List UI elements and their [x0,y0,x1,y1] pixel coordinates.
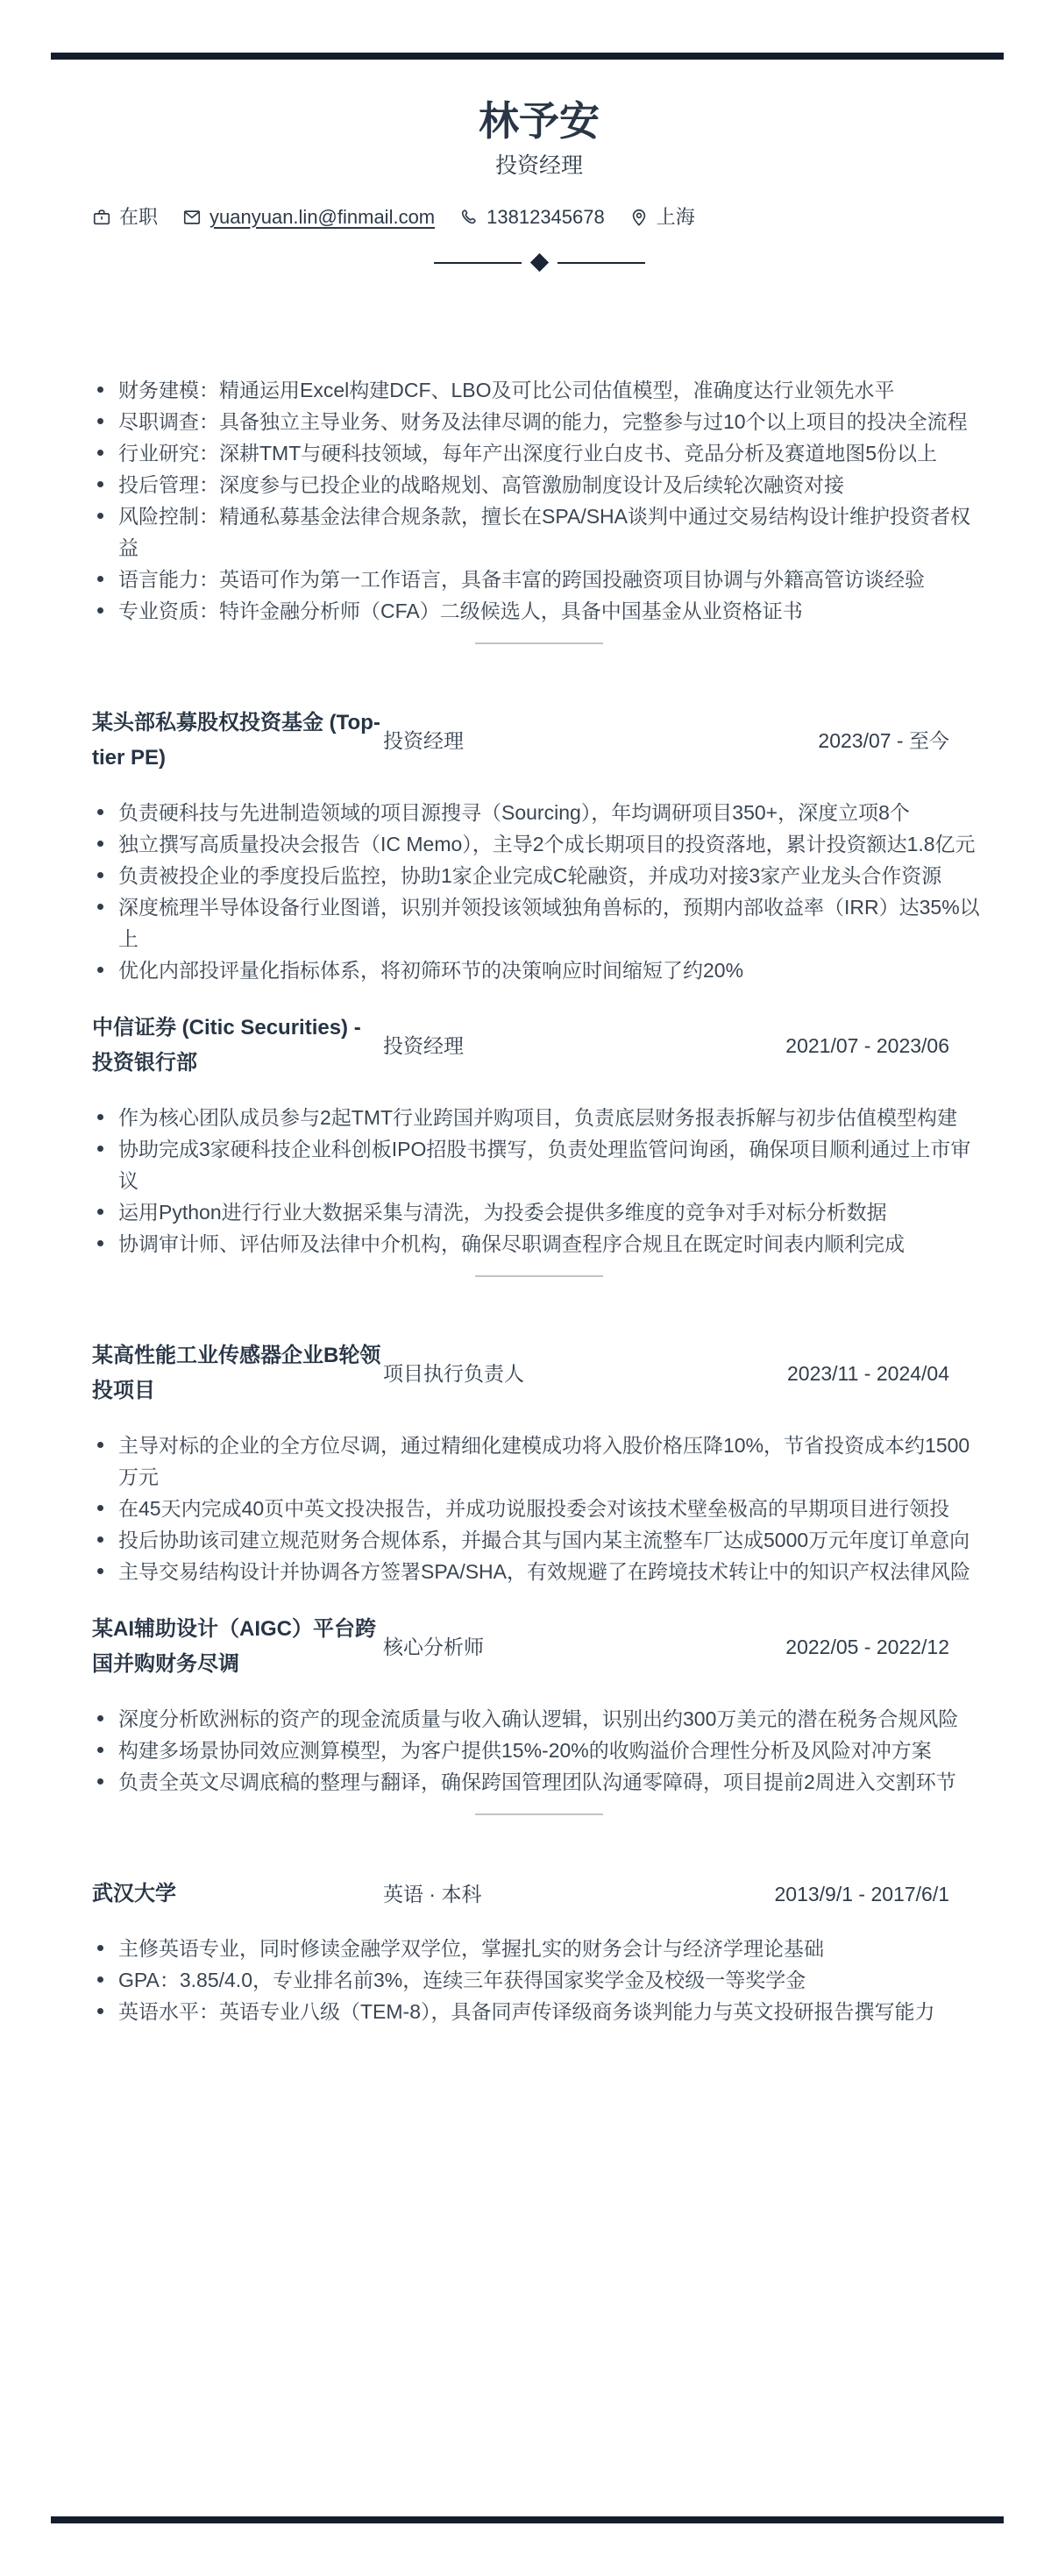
list-item: 协助完成3家硬科技企业科创板IPO招股书撰写，负责处理监管问询函，确保项目顺利通… [92,1133,986,1196]
employment-status: 在职 [92,205,158,230]
skills-summary-section: 财务建模：精通运用Excel构建DCF、LBO及可比公司估值模型，准确度达行业领… [92,374,986,627]
list-item: 负责全英文尽调底稿的整理与翻译，确保跨国管理团队沟通零障碍，项目提前2周进入交割… [92,1766,986,1798]
bullet-dot [97,1747,103,1753]
date-range: 2022/05 - 2022/12 [785,1634,986,1660]
school-name: 武汉大学 [92,1877,383,1912]
bullet-dot [97,576,103,582]
entry-header: 某AI辅助设计（AIGC）平台跨国并购财务尽调 核心分析师 2022/05 - … [92,1612,986,1682]
bullet-dot [97,1240,103,1246]
briefcase-icon [92,208,111,227]
bullet-dot [97,481,103,487]
date-range: 2021/07 - 2023/06 [785,1033,986,1059]
bullet-dot [97,450,103,456]
list-item: GPA：3.85/4.0，专业排名前3%，连续三年获得国家奖学金及校级一等奖学金 [92,1964,986,1996]
bullet-dot [97,1146,103,1152]
bullet-dot [97,387,103,393]
bullet-dot [97,1505,103,1511]
company-name: 某头部私募股权投资基金 (Top-tier PE) [92,706,383,776]
list-item: 主导交易结构设计并协调各方签署SPA/SHA，有效规避了在跨境技术转让中的知识产… [92,1556,986,1587]
phone-label: 13812345678 [486,205,605,230]
list-item: 主修英语专业，同时修读金融学双学位，掌握扎实的财务会计与经济学理论基础 [92,1933,986,1964]
bullet-text: 投后管理：深度参与已投企业的战略规划、高管激励制度设计及后续轮次融资对接 [118,473,844,496]
list-item: 尽职调查：具备独立主导业务、财务及法律尽调的能力，完整参与过10个以上项目的投决… [92,406,986,437]
envelope-icon [182,208,202,227]
bullet-text: 尽职调查：具备独立主导业务、财务及法律尽调的能力，完整参与过10个以上项目的投决… [118,410,968,433]
entry-bullets: 负责硬科技与先进制造领域的项目源搜寻（Sourcing），年均调研项目350+，… [92,797,986,986]
list-item: 运用Python进行行业大数据采集与清洗，为投委会提供多维度的竞争对手对标分析数… [92,1196,986,1228]
bullet-dot [97,1976,103,1983]
bullet-dot [97,967,103,973]
bullet-dot [97,904,103,910]
diamond-icon [529,253,548,272]
candidate-name: 林予安 [92,98,986,144]
bullet-text: 负责被投企业的季度投后监控，协助1家企业完成C轮融资，并成功对接3家产业龙头合作… [118,864,941,887]
location-item: 上海 [629,205,695,230]
list-item: 风险控制：精通私募基金法律合规条款，擅长在SPA/SHA谈判中通过交易结构设计维… [92,500,986,564]
bullet-dot [97,1945,103,1951]
section-divider [475,1813,603,1815]
bullet-dot [97,1778,103,1785]
date-range: 2023/11 - 2024/04 [787,1360,986,1387]
list-item: 投后协助该司建立规范财务合规体系，并撮合其与国内某主流整车厂达成5000万元年度… [92,1524,986,1556]
list-item: 协调审计师、评估师及法律中介机构，确保尽职调查程序合规且在既定时间表内顺利完成 [92,1228,986,1260]
bullet-text: 构建多场景协同效应测算模型，为客户提供15%-20%的收购溢价合理性分析及风险对… [118,1739,932,1762]
list-item: 财务建模：精通运用Excel构建DCF、LBO及可比公司估值模型，准确度达行业领… [92,374,986,406]
bullet-text: 主导交易结构设计并协调各方签署SPA/SHA，有效规避了在跨境技术转让中的知识产… [118,1560,970,1583]
bullet-text: 优化内部投评量化指标体系，将初筛环节的决策响应时间缩短了约20% [118,959,743,982]
header-ornament-divider [92,256,986,269]
list-item: 独立撰写高质量投决会报告（IC Memo），主导2个成长期项目的投资落地，累计投… [92,828,986,860]
bullet-text: 运用Python进行行业大数据采集与清洗，为投委会提供多维度的竞争对手对标分析数… [118,1201,887,1224]
job-title: 投资经理 [383,727,818,754]
location-pin-icon [629,208,649,227]
entry-bullets: 作为核心团队成员参与2起TMT行业跨国并购项目，负责底层财务报表拆解与初步估值模… [92,1102,986,1260]
bullet-text: 主修英语专业，同时修读金融学双学位，掌握扎实的财务会计与经济学理论基础 [118,1937,824,1960]
bullet-dot [97,1568,103,1574]
list-item: 行业研究：深耕TMT与硬科技领域，每年产出深度行业白皮书、竞品分析及赛道地图5份… [92,437,986,469]
list-item: 深度梳理半导体设备行业图谱，识别并领投该领域独角兽标的，预期内部收益率（IRR）… [92,891,986,954]
entry-header: 某高性能工业传感器企业B轮领投项目 项目执行负责人 2023/11 - 2024… [92,1338,986,1409]
bullet-dot [97,418,103,424]
entry-bullets: 主修英语专业，同时修读金融学双学位，掌握扎实的财务会计与经济学理论基础 GPA：… [92,1933,986,2027]
bullet-dot [97,513,103,519]
bullet-text: 风险控制：精通私募基金法律合规条款，擅长在SPA/SHA谈判中通过交易结构设计维… [118,505,970,559]
ornament-line-right [558,262,645,264]
bullet-dot [97,2008,103,2014]
list-item: 负责硬科技与先进制造领域的项目源搜寻（Sourcing），年均调研项目350+，… [92,797,986,828]
bullet-dot [97,841,103,847]
degree: 英语 · 本科 [383,1881,775,1907]
list-item: 作为核心团队成员参与2起TMT行业跨国并购项目，负责底层财务报表拆解与初步估值模… [92,1102,986,1133]
list-item: 构建多场景协同效应测算模型，为客户提供15%-20%的收购溢价合理性分析及风险对… [92,1735,986,1766]
experience-entry-pe-fund: 某头部私募股权投资基金 (Top-tier PE) 投资经理 2023/07 -… [92,706,986,986]
candidate-title: 投资经理 [92,153,986,179]
education-entry-whu: 武汉大学 英语 · 本科 2013/9/1 - 2017/6/1 主修英语专业，… [92,1877,986,2027]
bullet-dot [97,1536,103,1543]
list-item: 负责被投企业的季度投后监控，协助1家企业完成C轮融资，并成功对接3家产业龙头合作… [92,860,986,891]
bullet-text: 主导对标的企业的全方位尽调，通过精细化建模成功将入股价格压降10%，节省投资成本… [118,1434,969,1488]
experience-entry-citic: 中信证券 (Citic Securities) - 投资银行部 投资经理 202… [92,1011,986,1260]
bottom-accent-bar [51,2516,1004,2523]
bullet-text: 英语水平：英语专业八级（TEM-8），具备同声传译级商务谈判能力与英文投研报告撰… [118,2000,935,2023]
list-item: 优化内部投评量化指标体系，将初筛环节的决策响应时间缩短了约20% [92,954,986,986]
job-title: 投资经理 [383,1033,785,1059]
project-name: 某AI辅助设计（AIGC）平台跨国并购财务尽调 [92,1612,383,1682]
bullet-text: 负责硬科技与先进制造领域的项目源搜寻（Sourcing），年均调研项目350+，… [118,801,910,824]
list-item: 专业资质：特许金融分析师（CFA）二级候选人，具备中国基金从业资格证书 [92,595,986,627]
entry-header: 武汉大学 英语 · 本科 2013/9/1 - 2017/6/1 [92,1877,986,1912]
bullet-text: 在45天内完成40页中英文投决报告，并成功说服投委会对该技术壁垒极高的早期项目进… [118,1497,949,1520]
bullet-text: 财务建模：精通运用Excel构建DCF、LBO及可比公司估值模型，准确度达行业领… [118,379,895,401]
bullet-dot [97,809,103,815]
project-name: 某高性能工业传感器企业B轮领投项目 [92,1338,383,1409]
bullet-text: 作为核心团队成员参与2起TMT行业跨国并购项目，负责底层财务报表拆解与初步估值模… [118,1106,957,1129]
bullet-dot [97,1715,103,1721]
entry-header: 某头部私募股权投资基金 (Top-tier PE) 投资经理 2023/07 -… [92,706,986,776]
section-divider [475,642,603,644]
email-link[interactable]: yuanyuan.lin@finmail.com [210,205,435,230]
project-role: 核心分析师 [383,1634,785,1660]
top-accent-bar [51,53,1004,60]
bullet-text: 语言能力：英语可作为第一工作语言，具备丰富的跨国投融资项目协调与外籍高管访谈经验 [118,568,925,591]
bullet-text: 深度梳理半导体设备行业图谱，识别并领投该领域独角兽标的，预期内部收益率（IRR）… [118,896,980,950]
entry-header: 中信证券 (Citic Securities) - 投资银行部 投资经理 202… [92,1011,986,1081]
phone-item: 13812345678 [459,205,605,230]
bullet-dot [97,1442,103,1448]
location-label: 上海 [657,205,695,230]
bullet-text: 独立撰写高质量投决会报告（IC Memo），主导2个成长期项目的投资落地，累计投… [118,833,976,855]
bullet-text: 负责全英文尽调底稿的整理与翻译，确保跨国管理团队沟通零障碍，项目提前2周进入交割… [118,1771,956,1793]
resume-page: 林予安 投资经理 在职 [0,0,1044,2576]
project-entry-sensor: 某高性能工业传感器企业B轮领投项目 项目执行负责人 2023/11 - 2024… [92,1338,986,1587]
project-entry-aigc: 某AI辅助设计（AIGC）平台跨国并购财务尽调 核心分析师 2022/05 - … [92,1612,986,1798]
list-item: 投后管理：深度参与已投企业的战略规划、高管激励制度设计及后续轮次融资对接 [92,469,986,500]
entry-bullets: 深度分析欧洲标的资产的现金流质量与收入确认逻辑，识别出约300万美元的潜在税务合… [92,1703,986,1798]
bullet-text: GPA：3.85/4.0，专业排名前3%，连续三年获得国家奖学金及校级一等奖学金 [118,1969,806,1991]
bullet-text: 行业研究：深耕TMT与硬科技领域，每年产出深度行业白皮书、竞品分析及赛道地图5份… [118,442,937,465]
list-item: 语言能力：英语可作为第一工作语言，具备丰富的跨国投融资项目协调与外籍高管访谈经验 [92,564,986,595]
project-role: 项目执行负责人 [383,1360,787,1387]
email-item: yuanyuan.lin@finmail.com [182,205,435,230]
employment-status-label: 在职 [119,205,158,230]
bullet-text: 专业资质：特许金融分析师（CFA）二级候选人，具备中国基金从业资格证书 [118,600,803,622]
bullet-text: 投后协助该司建立规范财务合规体系，并撮合其与国内某主流整车厂达成5000万元年度… [118,1529,969,1551]
contact-row: 在职 yuanyuan.lin@finmail.com 1381234 [92,205,986,230]
date-range: 2023/07 - 至今 [818,727,986,754]
list-item: 在45天内完成40页中英文投决报告，并成功说服投委会对该技术壁垒极高的早期项目进… [92,1493,986,1524]
ornament-line-left [434,262,522,264]
date-range: 2013/9/1 - 2017/6/1 [775,1881,987,1907]
bullet-dot [97,872,103,878]
section-divider [475,1275,603,1277]
phone-icon [459,208,479,227]
list-item: 深度分析欧洲标的资产的现金流质量与收入确认逻辑，识别出约300万美元的潜在税务合… [92,1703,986,1735]
bullet-dot [97,1114,103,1120]
entry-bullets: 主导对标的企业的全方位尽调，通过精细化建模成功将入股价格压降10%，节省投资成本… [92,1430,986,1587]
bullet-dot [97,607,103,614]
bullet-text: 协助完成3家硬科技企业科创板IPO招股书撰写，负责处理监管问询函，确保项目顺利通… [118,1138,970,1192]
company-name: 中信证券 (Citic Securities) - 投资银行部 [92,1011,383,1081]
list-item: 主导对标的企业的全方位尽调，通过精细化建模成功将入股价格压降10%，节省投资成本… [92,1430,986,1493]
bullet-text: 深度分析欧洲标的资产的现金流质量与收入确认逻辑，识别出约300万美元的潜在税务合… [118,1707,958,1730]
bullet-text: 协调审计师、评估师及法律中介机构，确保尽职调查程序合规且在既定时间表内顺利完成 [118,1232,905,1255]
bullet-dot [97,1209,103,1215]
list-item: 英语水平：英语专业八级（TEM-8），具备同声传译级商务谈判能力与英文投研报告撰… [92,1996,986,2027]
